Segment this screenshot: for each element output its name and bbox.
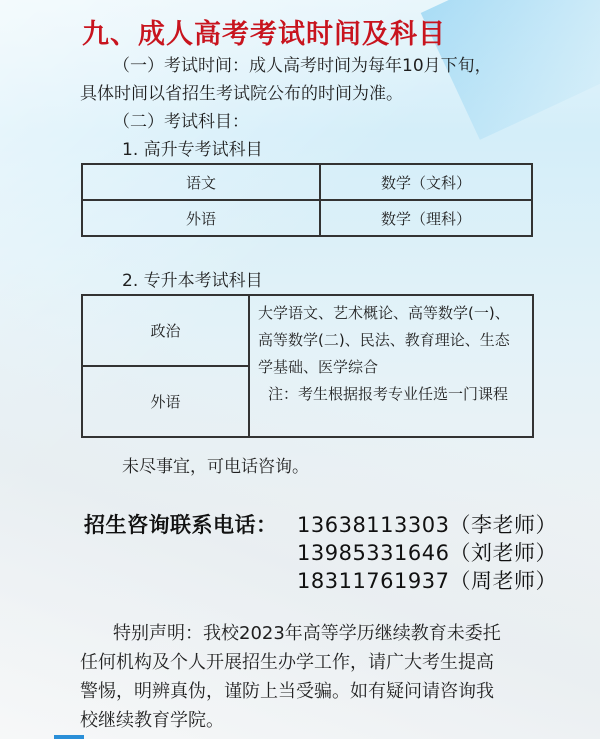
exam-time-line-1: （一）考试时间：成人高考时间为每年10月下旬， [113,51,492,76]
table-row: 语文 数学（文科） [82,164,532,200]
table-cell: 外语 [82,366,249,437]
zhuanshengben-heading: 2. 专升本考试科目 [122,266,263,291]
consult-note: 未尽事宜，可电话咨询。 [122,452,309,477]
statement-line-2: 任何机构及个人开展招生办学工作，请广大考生提高 [80,648,494,674]
contact-label: 招生咨询联系电话： [84,509,278,539]
contact-phone-2[interactable]: 13985331646（刘老师） [297,537,557,567]
elective-line: 高等数学(二)、民法、教育理论、生态 [258,327,532,354]
table-cell: 数学（文科） [320,164,532,200]
table-cell: 数学（理科） [320,200,532,236]
table-cell: 外语 [82,200,320,236]
table-row: 外语 数学（理科） [82,200,532,236]
zhuanshengben-table: 政治 大学语文、艺术概论、高等数学(一)、 高等数学(二)、民法、教育理论、生态… [81,294,534,438]
elective-note: 注：考生根据报考专业任选一门课程 [258,381,532,408]
elective-line: 大学语文、艺术概论、高等数学(一)、 [258,300,532,327]
contact-phone-1[interactable]: 13638113303（李老师） [297,509,557,539]
contact-phone-3[interactable]: 18311761937（周老师） [297,565,557,595]
exam-time-line-2: 具体时间以省招生考试院公布的时间为准。 [80,79,403,104]
section-title: 九、成人高考考试时间及科目 [82,12,446,51]
table-row: 政治 大学语文、艺术概论、高等数学(一)、 高等数学(二)、民法、教育理论、生态… [82,295,533,366]
statement-line-1: 特别声明：我校2023年高等学历继续教育未委托 [113,619,501,645]
exam-subjects-heading: （二）考试科目： [113,107,249,132]
elective-line: 学基础、医学综合 [258,354,532,381]
table-cell: 政治 [82,295,249,366]
statement-line-4: 校继续教育学院。 [80,706,224,732]
table-cell: 语文 [82,164,320,200]
gaoshengzhuan-heading: 1. 高升专考试科目 [122,135,263,160]
statement-line-3: 警惕，明辨真伪，谨防上当受骗。如有疑问请咨询我 [80,677,494,703]
elective-subjects-cell: 大学语文、艺术概论、高等数学(一)、 高等数学(二)、民法、教育理论、生态 学基… [249,295,533,437]
gaoshengzhuan-table: 语文 数学（文科） 外语 数学（理科） [81,163,533,237]
bottom-accent-bar [54,735,84,739]
